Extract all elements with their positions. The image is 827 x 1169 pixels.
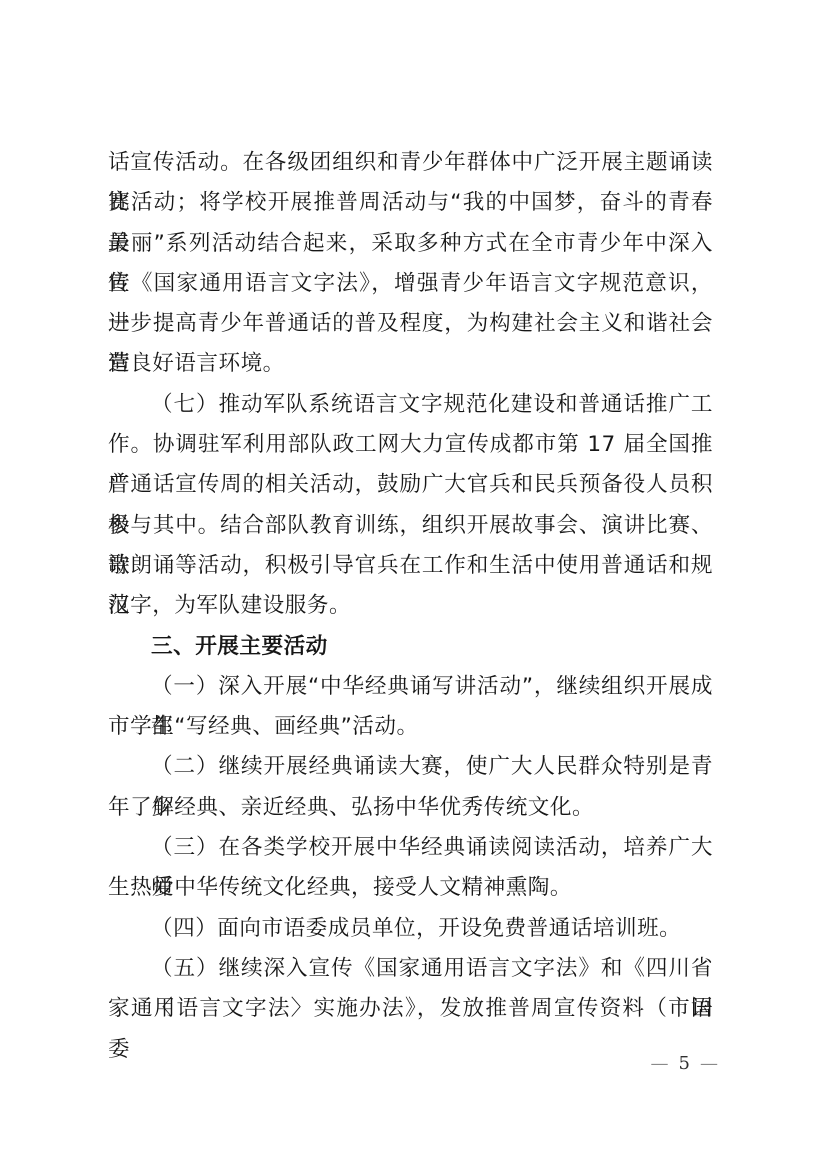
footer-dash-left: — bbox=[651, 1053, 669, 1074]
text-line: 一步提高青少年普通话的普及程度，为构建社会主义和谐社会营 bbox=[108, 304, 713, 344]
text-line: 赛活动；将学校开展推普周活动与“我的中国梦，奋斗的青春最 bbox=[108, 183, 713, 223]
text-line: （五）继续深入宣传《国家通用语言文字法》和《四川省〈国 bbox=[108, 949, 713, 989]
footer-dash-right: — bbox=[700, 1053, 718, 1074]
page-number: 5 bbox=[679, 1053, 690, 1074]
page-footer: —5— bbox=[651, 1052, 718, 1076]
text-line: 家通用语言文字法〉实施办法》，发放推普周宣传资料（市语委 bbox=[108, 989, 713, 1029]
section-heading: 三、开展主要活动 bbox=[108, 627, 713, 667]
text-line: （七）推动军队系统语言文字规范化建设和普通话推广工 bbox=[108, 385, 713, 425]
text-line: 参与其中。结合部队教育训练，组织开展故事会、演讲比赛、诗 bbox=[108, 506, 713, 546]
text-line: （一）深入开展“中华经典诵写讲活动”，继续组织开展成都 bbox=[108, 667, 713, 707]
text-line: 造良好语言环境。 bbox=[108, 344, 713, 384]
text-line: 普通话宣传周的相关活动，鼓励广大官兵和民兵预备役人员积极 bbox=[108, 465, 713, 505]
document-page: 话宣传活动。在各级团组织和青少年群体中广泛开展主题诵读比 赛活动；将学校开展推普… bbox=[0, 0, 827, 1169]
text-line: 生热爱中华传统文化经典，接受人文精神熏陶。 bbox=[108, 868, 713, 908]
text-line: 市学生“写经典、画经典”活动。 bbox=[108, 707, 713, 747]
text-line: 汉字，为军队建设服务。 bbox=[108, 586, 713, 626]
text-line: 年了解经典、亲近经典、弘扬中华优秀传统文化。 bbox=[108, 788, 713, 828]
text-line: 作。协调驻军利用部队政工网大力宣传成都市第 17 届全国推广 bbox=[108, 425, 713, 465]
document-body: 话宣传活动。在各级团组织和青少年群体中广泛开展主题诵读比 赛活动；将学校开展推普… bbox=[108, 143, 713, 1030]
text-line: 传《国家通用语言文字法》，增强青少年语言文字规范意识，进 bbox=[108, 264, 713, 304]
text-line: （四）面向市语委成员单位，开设免费普通话培训班。 bbox=[108, 909, 713, 949]
text-line: （二）继续开展经典诵读大赛，使广大人民群众特别是青少 bbox=[108, 747, 713, 787]
text-line: 歌朗诵等活动，积极引导官兵在工作和生活中使用普通话和规范 bbox=[108, 546, 713, 586]
text-line: （三）在各类学校开展中华经典诵读阅读活动，培养广大师 bbox=[108, 828, 713, 868]
text-line: 话宣传活动。在各级团组织和青少年群体中广泛开展主题诵读比 bbox=[108, 143, 713, 183]
text-line: 美丽”系列活动结合起来，采取多种方式在全市青少年中深入宣 bbox=[108, 224, 713, 264]
